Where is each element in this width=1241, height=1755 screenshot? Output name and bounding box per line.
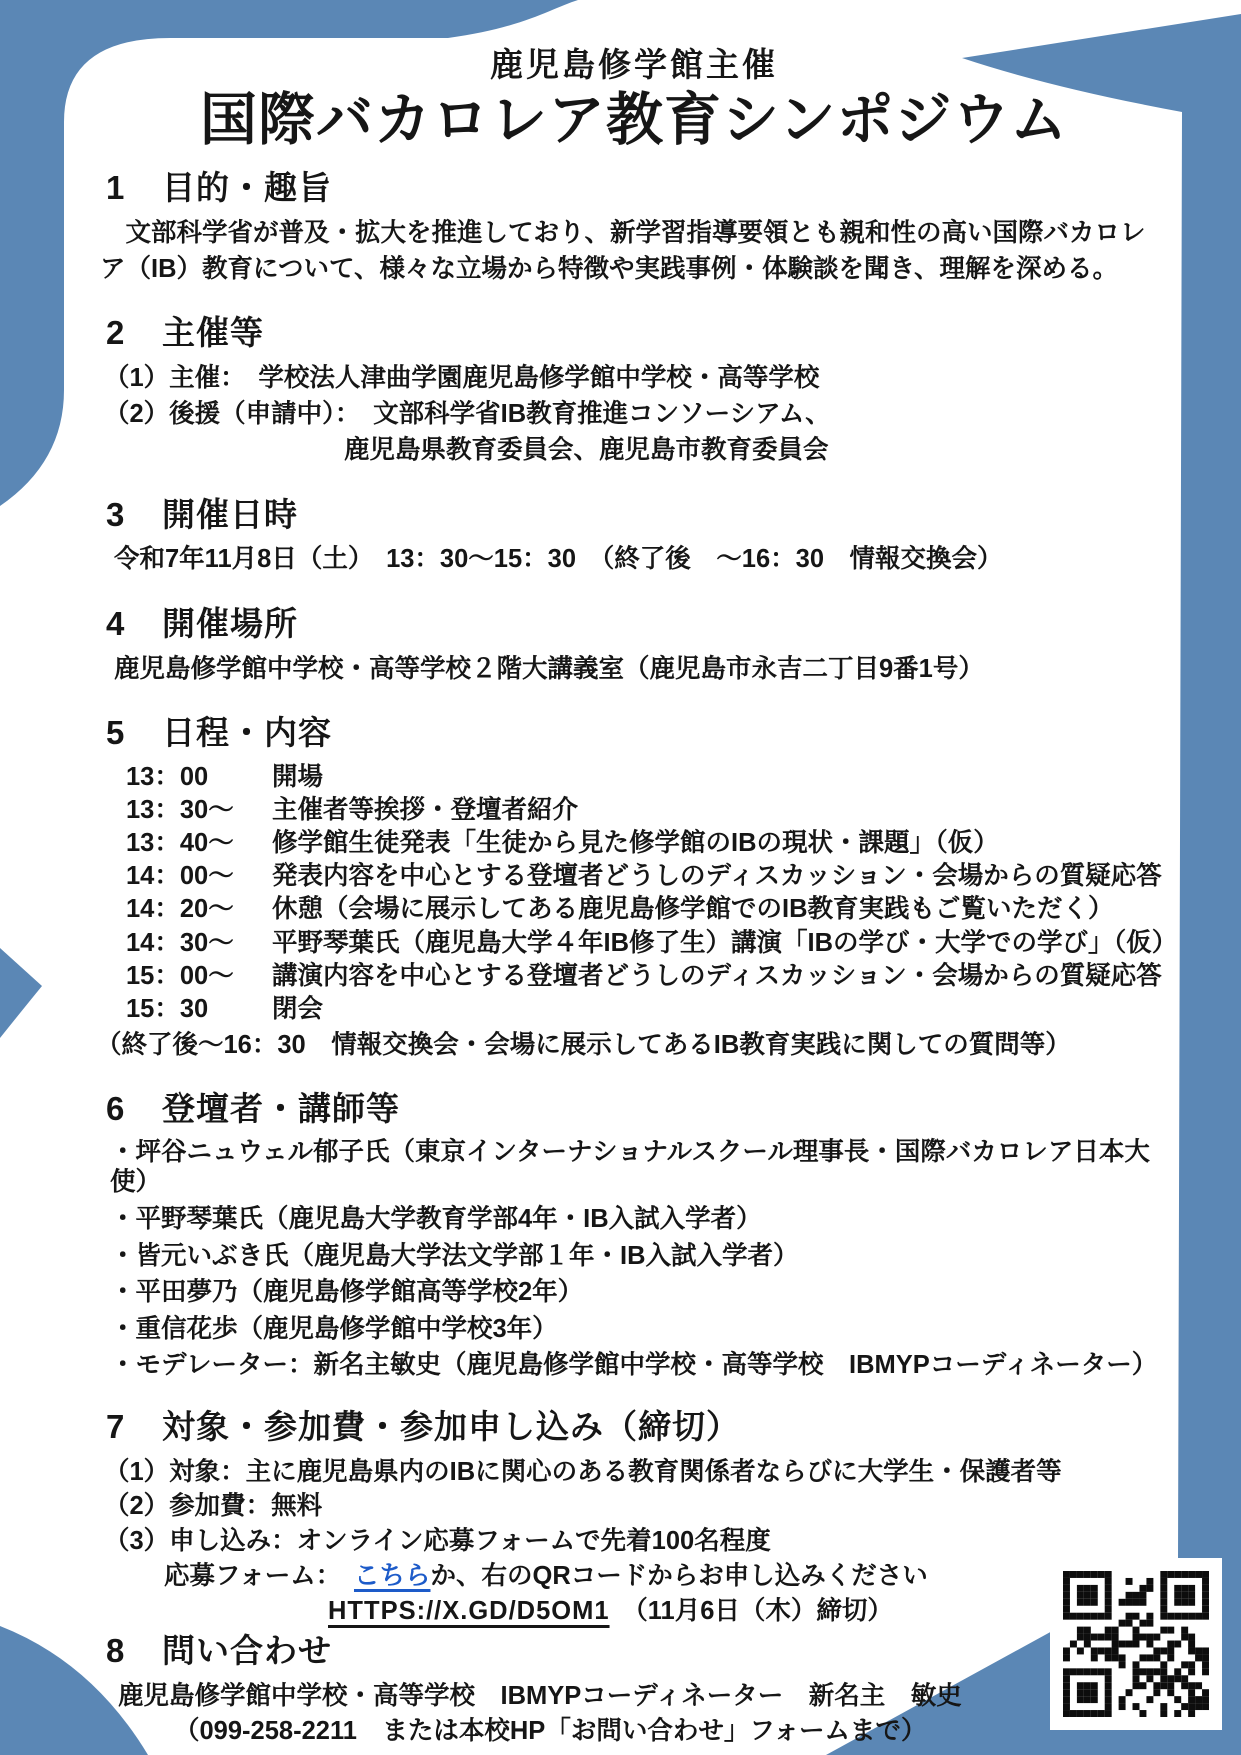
schedule-time: 15：30 [100, 993, 272, 1026]
section-contact-heading: 8 問い合わせ [106, 1631, 1168, 1671]
schedule-row: 13：40～ 修学館生徒発表「生徒から見た修学館のIBの現状・課題」（仮） [100, 827, 1168, 860]
application-target: （1）対象：主に鹿児島県内のIBに関心のある教育関係者ならびに大学生・保護者等 [104, 1455, 1168, 1490]
section-title: 開催場所 [162, 604, 298, 644]
section-schedule: 5 日程・内容 13：00 開場 13：30～ 主催者等挨拶・登壇者紹介 13：… [100, 713, 1168, 1063]
section-title: 目的・趣旨 [162, 168, 332, 208]
section-title: 開催日時 [162, 495, 298, 535]
page-title: 国際バカロレア教育シンポジウム [100, 86, 1168, 154]
schedule-time: 13：40～ [100, 827, 272, 860]
section-purpose-heading: 1 目的・趣旨 [106, 168, 1168, 208]
schedule-desc: 平野琴葉氏（鹿児島大学４年IB修了生）講演「IBの学び・大学での学び」（仮） [272, 927, 1168, 960]
supporter-line-continued: 鹿児島県教育委員会、鹿児島市教育委員会 [104, 433, 1168, 469]
speaker-item: ・重信花歩（鹿児島修学館中学校3年） [110, 1314, 1168, 1345]
section-number: 1 [106, 168, 162, 208]
supporter-line: （2）後援（申請中）： 文部科学省IB教育推進コンソーシアム、 [104, 397, 1168, 433]
schedule-time: 13：00 [100, 761, 272, 794]
application-form-link[interactable]: こちら [354, 1562, 431, 1590]
section-number: 8 [106, 1631, 162, 1671]
host-line: （1）主催： 学校法人津曲学園鹿児島修学館中学校・高等学校 [104, 361, 1168, 397]
section-title: 日程・内容 [162, 713, 332, 753]
schedule-desc: 主催者等挨拶・登壇者紹介 [272, 794, 578, 827]
section-hosts: 2 主催等 （1）主催： 学校法人津曲学園鹿児島修学館中学校・高等学校 （2）後… [100, 313, 1168, 468]
speaker-item: ・坪谷ニュウェル郁子氏（東京インターナショナルスクール理事長・国際バカロレア日本… [110, 1137, 1168, 1198]
schedule-note: （終了後～16：30 情報交換会・会場に展示してあるIB教育実践に関しての質問等… [96, 1028, 1168, 1063]
schedule-row: 13：00 開場 [100, 761, 1168, 794]
section-number: 5 [106, 713, 162, 753]
schedule-desc: 修学館生徒発表「生徒から見た修学館のIBの現状・課題」（仮） [272, 827, 999, 860]
contact-person-line: 鹿児島修学館中学校・高等学校 IBMYPコーディネーター 新名主 敏史 [118, 1679, 1168, 1715]
schedule-desc: 閉会 [272, 993, 323, 1026]
section-number: 7 [106, 1407, 162, 1447]
qr-plate [1050, 1558, 1222, 1730]
section-speakers: 6 登壇者・講師等 ・坪谷ニュウェル郁子氏（東京インターナショナルスクール理事長… [100, 1089, 1168, 1381]
schedule-row: 13：30～ 主催者等挨拶・登壇者紹介 [100, 794, 1168, 827]
section-number: 4 [106, 604, 162, 644]
section-purpose: 1 目的・趣旨 文部科学省が普及・拡大を推進しており、新学習指導要領とも親和性の… [100, 168, 1168, 287]
form-label: 応募フォーム： [164, 1562, 354, 1590]
speaker-item: ・皆元いぶき氏（鹿児島大学法文学部１年・IB入試入学者） [110, 1241, 1168, 1272]
schedule-row: 14：20～ 休憩（会場に展示してある鹿児島修学館でのIB教育実践もご覧いただく… [100, 893, 1168, 926]
event-datetime: 令和7年11月8日（土） 13：30～15：30 （終了後 ～16：30 情報交… [114, 542, 1168, 578]
left-wedge-shape [0, 948, 42, 1038]
flyer-page: 鹿児島修学館主催 国際バカロレア教育シンポジウム 1 目的・趣旨 文部科学省が普… [0, 0, 1241, 1755]
section-application-heading: 7 対象・参加費・参加申し込み（締切） [106, 1407, 1168, 1447]
schedule-desc: 休憩（会場に展示してある鹿児島修学館でのIB教育実践もご覧いただく） [272, 893, 1114, 926]
section-datetime: 3 開催日時 令和7年11月8日（土） 13：30～15：30 （終了後 ～16… [100, 495, 1168, 578]
application-url-line: HTTPS://X.GD/D5OM1 （11月6日（木）締切） [328, 1594, 1168, 1629]
schedule-time: 14：20～ [100, 893, 272, 926]
section-title: 対象・参加費・参加申し込み（締切） [162, 1407, 740, 1447]
flyer-content: 鹿児島修学館主催 国際バカロレア教育シンポジウム 1 目的・趣旨 文部科学省が普… [100, 46, 1168, 1750]
section-title: 登壇者・講師等 [162, 1089, 400, 1129]
purpose-text: 文部科学省が普及・拡大を推進しており、新学習指導要領とも親和性の高い国際バカロレ… [100, 216, 1168, 287]
section-number: 6 [106, 1089, 162, 1129]
section-hosts-heading: 2 主催等 [106, 313, 1168, 353]
application-url-link[interactable]: HTTPS://X.GD/D5OM1 [328, 1597, 610, 1625]
form-suffix: か、右のQRコードからお申し込みください [431, 1562, 928, 1590]
schedule-time: 14：00～ [100, 860, 272, 893]
section-datetime-heading: 3 開催日時 [106, 495, 1168, 535]
schedule-desc: 発表内容を中心とする登壇者どうしのディスカッション・会場からの質疑応答 [272, 860, 1162, 893]
event-venue: 鹿児島修学館中学校・高等学校２階大講義室（鹿児島市永吉二丁目9番1号） [114, 652, 1168, 688]
section-number: 3 [106, 495, 162, 535]
speaker-item: ・平野琴葉氏（鹿児島大学教育学部4年・IB入試入学者） [110, 1204, 1168, 1235]
section-application: 7 対象・参加費・参加申し込み（締切） （1）対象：主に鹿児島県内のIBに関心の… [100, 1407, 1168, 1629]
schedule-row: 15：00～ 講演内容を中心とする登壇者どうしのディスカッション・会場からの質疑… [100, 960, 1168, 993]
schedule-row: 14：00～ 発表内容を中心とする登壇者どうしのディスカッション・会場からの質疑… [100, 860, 1168, 893]
schedule-row: 14：30～ 平野琴葉氏（鹿児島大学４年IB修了生）講演「IBの学び・大学での学… [100, 927, 1168, 960]
section-schedule-heading: 5 日程・内容 [106, 713, 1168, 753]
organizer-line: 鹿児島修学館主催 [100, 46, 1168, 84]
application-deadline: （11月6日（木）締切） [610, 1597, 893, 1625]
section-title: 主催等 [162, 313, 264, 353]
section-speakers-heading: 6 登壇者・講師等 [106, 1089, 1168, 1129]
schedule-time: 15：00～ [100, 960, 272, 993]
section-number: 2 [106, 313, 162, 353]
application-form-line: 応募フォーム： こちらか、右のQRコードからお申し込みください [164, 1559, 1168, 1594]
speaker-item: ・平田夢乃（鹿児島修学館高等学校2年） [110, 1277, 1168, 1308]
qr-code [1063, 1571, 1209, 1717]
contact-phone-line: （099-258-2211 または本校HP「お問い合わせ」フォームまで） [174, 1714, 1168, 1750]
section-contact: 8 問い合わせ 鹿児島修学館中学校・高等学校 IBMYPコーディネーター 新名主… [100, 1631, 1168, 1750]
schedule-time: 13：30～ [100, 794, 272, 827]
moderator-item: ・モデレーター：新名主敏史（鹿児島修学館中学校・高等学校 IBMYPコーディネー… [110, 1350, 1168, 1381]
schedule-row: 15：30 閉会 [100, 993, 1168, 1026]
section-venue: 4 開催場所 鹿児島修学館中学校・高等学校２階大講義室（鹿児島市永吉二丁目9番1… [100, 604, 1168, 687]
section-venue-heading: 4 開催場所 [106, 604, 1168, 644]
schedule-desc: 開場 [272, 761, 323, 794]
schedule-time: 14：30～ [100, 927, 272, 960]
application-fee: （2）参加費：無料 [104, 1489, 1168, 1524]
section-title: 問い合わせ [162, 1631, 332, 1671]
application-method: （3）申し込み：オンライン応募フォームで先着100名程度 [104, 1524, 1168, 1559]
schedule-desc: 講演内容を中心とする登壇者どうしのディスカッション・会場からの質疑応答 [272, 960, 1162, 993]
